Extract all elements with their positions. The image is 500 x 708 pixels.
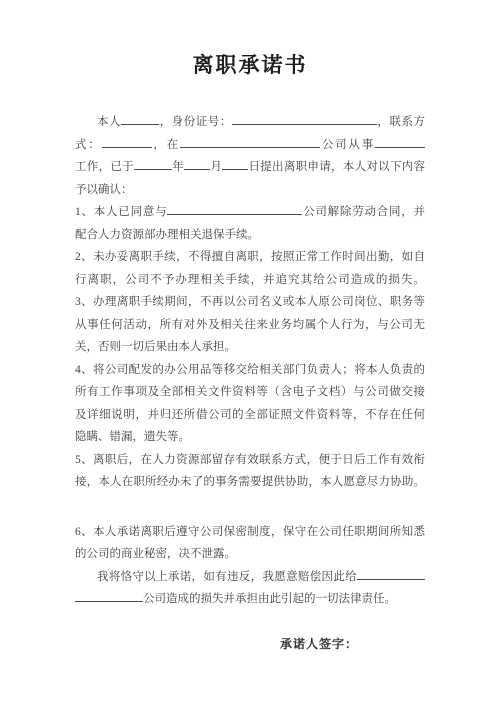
document-line: 从事任何活动，所有对外及相关往来业务均属个人行为，与公司无 — [75, 314, 425, 337]
blank-field — [121, 112, 159, 125]
text-run: 公司解除劳动合同，并 — [302, 206, 425, 218]
document-line: 隐瞒、错漏，遗失等。 — [75, 426, 425, 449]
document-page: 离职承诺书 本人，身份证号：，联系方式：，在公司从事工作，已于年月日提出离职申请… — [0, 0, 500, 708]
text-run: 日提出离职申请，本人对以下内容 — [248, 161, 425, 173]
text-run: 6、本人承诺离职后遵守公司保密制度，保守在公司任职期间所知悉 — [75, 526, 425, 538]
document-line: 4、将公司配发的办公用品等移交给相关部门负责人；将本人负责的 — [75, 359, 425, 382]
text-run: ，联系方 — [377, 116, 425, 128]
text-run: 式： — [75, 139, 102, 151]
document-line: 及详细说明，并归还所借公司的全部证照文件资料等，不存在任何 — [75, 404, 425, 427]
document-line: 予以确认： — [75, 179, 425, 202]
text-run: 隐瞒、错漏，遗失等。 — [75, 431, 190, 443]
text-run: 从事任何活动，所有对外及相关往来业务均属个人行为，与公司无 — [75, 319, 425, 331]
signature-label: 承诺人签字： — [280, 633, 358, 655]
document-line: 配合人力资源部办理相关退保手续。 — [75, 224, 425, 247]
document-line: 公司造成的损失并承担由此引起的一切法律责任。 — [75, 588, 425, 611]
text-run: 我将恪守以上承诺，如有违反，我愿意赔偿因此给 — [97, 571, 357, 583]
line-spacer — [75, 494, 425, 521]
document-line: 我将恪守以上承诺，如有违反，我愿意赔偿因此给 — [75, 566, 425, 589]
document-body: 本人，身份证号：，联系方式：，在公司从事工作，已于年月日提出离职申请，本人对以下… — [75, 111, 425, 611]
text-run: 公司造成的损失并承担由此引起的一切法律责任。 — [143, 593, 396, 605]
blank-field — [357, 567, 425, 580]
document-line: 行离职，公司不予办理相关手续，并追究其给公司造成的损失。 — [75, 269, 425, 292]
document-line: 关，否则一切后果由本人承担。 — [75, 336, 425, 359]
text-run: 本人 — [97, 116, 121, 128]
blank-field — [102, 135, 152, 148]
text-run: 行离职，公司不予办理相关手续，并追究其给公司造成的损失。 — [75, 274, 425, 286]
document-line: 工作，已于年月日提出离职申请，本人对以下内容 — [75, 156, 425, 179]
text-run: 4、将公司配发的办公用品等移交给相关部门负责人；将本人负责的 — [75, 364, 425, 376]
text-run: ，在 — [152, 139, 180, 151]
text-run: 接，本人在职所经办未了的事务需要提供协助，本人愿意尽力协助。 — [75, 476, 425, 488]
document-title: 离职承诺书 — [0, 0, 500, 80]
text-run: 的公司的商业秘密，决不泄露。 — [75, 548, 236, 560]
document-line: 本人，身份证号：，联系方 — [75, 111, 425, 134]
text-run: 年 — [172, 161, 184, 173]
text-run: 月 — [210, 161, 222, 173]
text-run: 1、本人已同意与 — [75, 206, 167, 218]
blank-field — [167, 202, 302, 215]
text-run: 予以确认： — [75, 184, 133, 196]
document-line: 6、本人承诺离职后遵守公司保密制度，保守在公司任职期间所知悉 — [75, 521, 425, 544]
text-run: 所有工作事项及全部相关文件资料等（含电子文档）与公司做交接 — [75, 386, 425, 398]
text-run: 5、离职后，在人力资源部留存有效联系方式，便于日后工作有效衔 — [75, 454, 425, 466]
text-run: 及详细说明，并归还所借公司的全部证照文件资料等，不存在任何 — [75, 409, 425, 421]
document-line: 1、本人已同意与公司解除劳动合同，并 — [75, 201, 425, 224]
text-run: ，身份证号： — [159, 116, 232, 128]
document-line: 接，本人在职所经办未了的事务需要提供协助，本人愿意尽力协助。 — [75, 471, 425, 494]
blank-field — [184, 157, 210, 170]
text-run: 3、办理离职手续期间，不再以公司名义或本人原公司岗位、职务等 — [75, 296, 425, 308]
text-run: 关，否则一切后果由本人承担。 — [75, 341, 236, 353]
blank-field — [75, 589, 143, 602]
document-line: 的公司的商业秘密，决不泄露。 — [75, 543, 425, 566]
document-line: 5、离职后，在人力资源部留存有效联系方式，便于日后工作有效衔 — [75, 449, 425, 472]
blank-field — [232, 112, 377, 125]
document-line: 式：，在公司从事 — [75, 134, 425, 157]
text-run: 配合人力资源部办理相关退保手续。 — [75, 229, 259, 241]
document-line: 2、未办妥离职手续，不得擅自离职，按照正常工作时间出勤，如自 — [75, 246, 425, 269]
text-run: 公司从事 — [320, 139, 375, 151]
blank-field — [134, 157, 172, 170]
document-line: 3、办理离职手续期间，不再以公司名义或本人原公司岗位、职务等 — [75, 291, 425, 314]
blank-field — [375, 135, 425, 148]
signature-row: 承诺人签字： — [75, 633, 425, 655]
document-line: 所有工作事项及全部相关文件资料等（含电子文档）与公司做交接 — [75, 381, 425, 404]
text-run: 工作，已于 — [75, 161, 134, 173]
text-run: 2、未办妥离职手续，不得擅自离职，按照正常工作时间出勤，如自 — [75, 251, 425, 263]
blank-field — [180, 135, 320, 148]
blank-field — [222, 157, 248, 170]
